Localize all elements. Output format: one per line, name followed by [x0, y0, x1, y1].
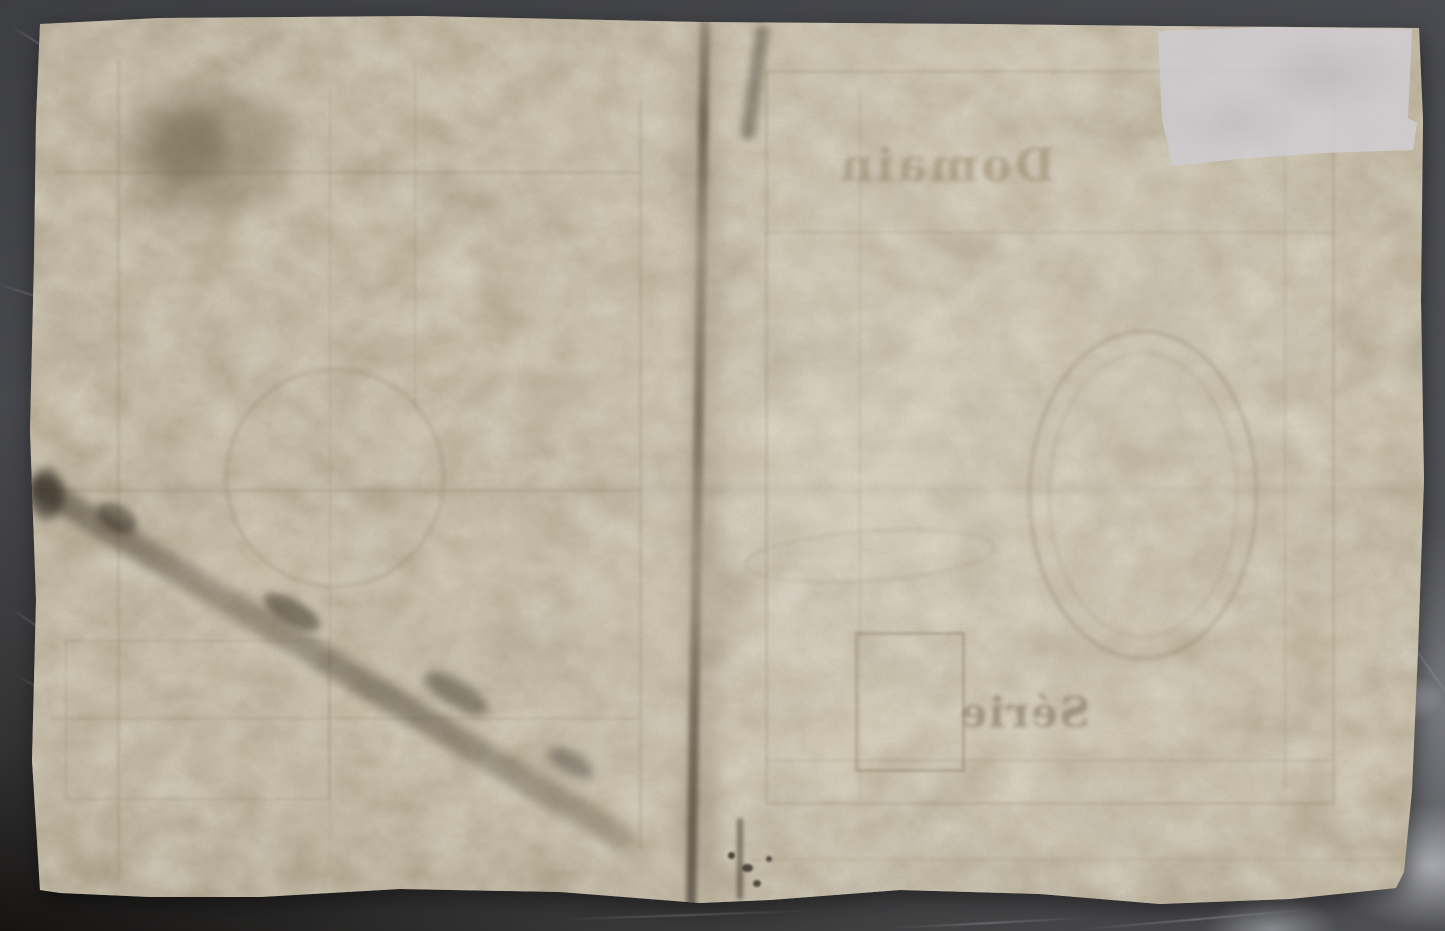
showthrough-frame-line [750, 858, 1400, 861]
showthrough-frame-line [765, 231, 1335, 234]
showthrough-frame-line [1284, 100, 1286, 790]
stain-topleft-core [150, 110, 230, 180]
fold-bottom-marks [737, 818, 743, 900]
showthrough-frame-line [414, 60, 416, 410]
fold-bottom-marks [753, 880, 761, 887]
fold-bottom-marks [728, 852, 735, 859]
showthrough-frame-line [65, 640, 330, 800]
ghost-text-domain: Domain [755, 138, 1055, 192]
ink-smudge-knot [28, 468, 64, 520]
fold-bottom-marks [766, 856, 772, 862]
showthrough-circle-watermark [225, 368, 445, 588]
showthrough-frame-line [639, 100, 642, 850]
ghost-text-serie: Série [930, 688, 1090, 737]
showthrough-oval-watermark-inner [1048, 352, 1238, 638]
horizontal-crease [40, 487, 1420, 493]
photo-scene: Domain Série [0, 0, 1445, 931]
fold-bottom-marks [742, 864, 753, 872]
showthrough-frame-line [765, 759, 1335, 762]
